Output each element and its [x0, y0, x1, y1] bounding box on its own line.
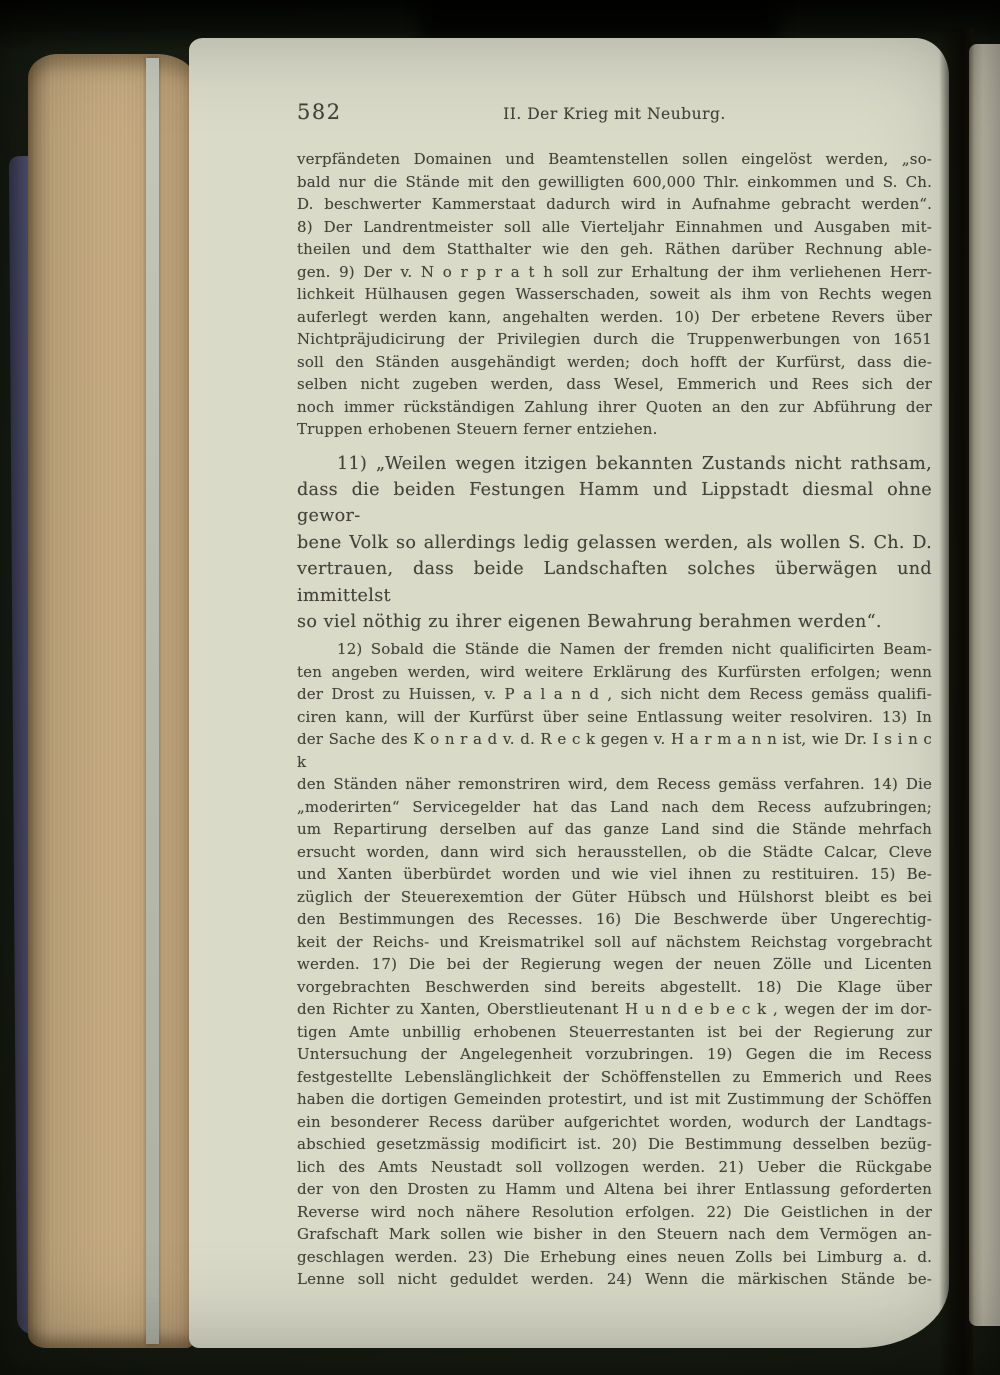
book-page: 582 II. Der Krieg mit Neuburg. verpfände…: [189, 38, 949, 1348]
text-line: Grafschaft Mark sollen wie bisher in den…: [297, 1223, 932, 1246]
text-line: Nichtpräjudicirung der Privilegien durch…: [297, 328, 932, 351]
text-line: ein besonderer Recess darüber aufgericht…: [297, 1111, 932, 1134]
text-line: den Bestimmungen des Recesses. 16) Die B…: [297, 908, 932, 931]
text-line: 8) Der Landrentmeister soll alle Viertel…: [297, 216, 932, 239]
text-line: so viel nöthig zu ihrer eigenen Bewahrun…: [297, 609, 932, 635]
text-line: noch immer rückständigen Zahlung ihrer Q…: [297, 396, 932, 419]
text-line: werden. 17) Die bei der Regierung wegen …: [297, 953, 932, 976]
text-line: D. beschwerter Kammerstaat dadurch wird …: [297, 193, 932, 216]
text-line: Untersuchung der Angelegenheit vorzubrin…: [297, 1043, 932, 1066]
text-line: lichkeit Hülhausen gegen Wasserschaden, …: [297, 283, 932, 306]
text-line: dass die beiden Festungen Hamm und Lipps…: [297, 477, 932, 530]
gutter-shadow: [939, 28, 973, 1375]
text-line: lich des Amts Neustadt soll vollzogen we…: [297, 1156, 932, 1179]
text-line: ciren kann, will der Kurfürst über seine…: [297, 706, 932, 729]
text-line: und Xanten überbürdet worden und wie vie…: [297, 863, 932, 886]
text-line: um Repartirung derselben auf das ganze L…: [297, 818, 932, 841]
text-line: den Ständen näher remonstriren wird, dem…: [297, 773, 932, 796]
text-line: „moderirten“ Servicegelder hat das Land …: [297, 796, 932, 819]
text-line: keit der Reichs- und Kreismatrikel soll …: [297, 931, 932, 954]
photo-backdrop: 582 II. Der Krieg mit Neuburg. verpfände…: [0, 0, 1000, 1375]
text-line: soll den Ständen ausgehändigt werden; do…: [297, 351, 932, 374]
text-line: tigen Amte unbillig erhobenen Steuerrest…: [297, 1021, 932, 1044]
ribbon-strip: [146, 58, 159, 1344]
text-line: vertrauen, dass beide Landschaften solch…: [297, 556, 932, 609]
text-line: selben nicht zugeben werden, dass Wesel,…: [297, 373, 932, 396]
body-text: verpfändeten Domainen und Beamtenstellen…: [297, 148, 932, 1291]
text-line: 12) Sobald die Stände die Namen der frem…: [297, 638, 932, 661]
page-content: 582 II. Der Krieg mit Neuburg. verpfände…: [297, 102, 932, 1291]
text-line: verpfändeten Domainen und Beamtenstellen…: [297, 148, 932, 171]
text-line: Truppen erhobenen Steuern ferner entzieh…: [297, 418, 932, 441]
text-line: der Drost zu Huissen, v. P a l a n d , s…: [297, 683, 932, 706]
text-line: haben die dortigen Gemeinden protestirt,…: [297, 1088, 932, 1111]
page-number: 582: [297, 100, 342, 124]
text-line: festgestellte Lebenslänglichkeit der Sch…: [297, 1066, 932, 1089]
text-line: der von den Drosten zu Hamm und Altena b…: [297, 1178, 932, 1201]
text-line: der Sache des K o n r a d v. d. R e c k …: [297, 728, 932, 773]
text-line: 11) „Weilen wegen itzigen bekannten Zust…: [297, 451, 932, 477]
text-line: gen. 9) Der v. N o r p r a t h soll zur …: [297, 261, 932, 284]
text-line: bald nur die Stände mit den gewilligten …: [297, 171, 932, 194]
text-line: geschlagen werden. 23) Die Erhebung eine…: [297, 1246, 932, 1269]
text-line: ten angeben werden, wird weitere Erkläru…: [297, 661, 932, 684]
backdrop-dark-patch: [420, 0, 780, 40]
text-line: ersucht worden, dann wird sich herausste…: [297, 841, 932, 864]
text-line: züglich der Steuerexemtion der Güter Hüb…: [297, 886, 932, 909]
text-line: auferlegt werden kann, angehalten werden…: [297, 306, 932, 329]
page-edge-stack: [28, 54, 194, 1348]
running-title: II. Der Krieg mit Neuburg.: [297, 102, 932, 123]
facing-page-edge: [969, 44, 1000, 1326]
text-line: bene Volk so allerdings ledig gelassen w…: [297, 530, 932, 556]
text-line: abschied gesetzmässig modificirt ist. 20…: [297, 1133, 932, 1156]
text-line: vorgebrachten Beschwerden sind bereits a…: [297, 976, 932, 999]
text-line: theilen und dem Statthalter wie den geh.…: [297, 238, 932, 261]
text-line: Reverse wird noch nähere Resolution erfo…: [297, 1201, 932, 1224]
page-header: 582 II. Der Krieg mit Neuburg.: [297, 102, 932, 128]
text-line: den Richter zu Xanten, Oberstlieutenant …: [297, 998, 932, 1021]
text-line: Lenne soll nicht geduldet werden. 24) We…: [297, 1268, 932, 1291]
